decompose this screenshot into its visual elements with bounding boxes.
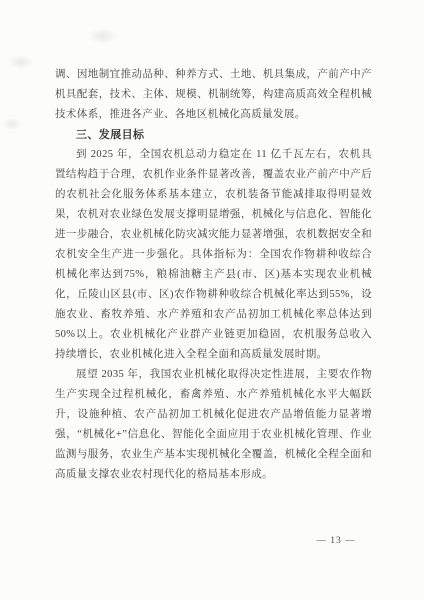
- text-line: 置结构趋于合理，农机作业条件显著改善，覆盖农业产前产中产后: [55, 165, 372, 185]
- section-heading: 三、发展目标: [55, 125, 372, 145]
- page-number: — 13 —: [310, 536, 362, 546]
- text-line: 展望 2035 年，我国农业机械化取得决定性进展，主要农作物: [55, 365, 372, 385]
- text-line: 技术体系，推进各产业、各地区机械化高质量发展。: [55, 105, 372, 125]
- scan-smudge: [8, 55, 34, 69]
- text-line: 50%以上。农业机械化产业群产业链更加稳固，农机服务总收入: [55, 325, 372, 345]
- text-line: 的农机社会化服务体系基本建立，农机装备节能减排取得明显效: [55, 185, 372, 205]
- text-line: 升，设施种植、农产品初加工机械化促进农产品增值能力显著增: [55, 405, 372, 425]
- text-line: 农机安全生产进一步强化。具体指标为：全国农作物耕种收综合: [55, 245, 372, 265]
- text-line: 调、因地制宜推动品种、种养方式、土地、机具集成，产前产中产后: [55, 65, 372, 85]
- text-line: 施农业、畜牧养殖、水产养殖和农产品初加工机械化率总体达到: [55, 305, 372, 325]
- scan-smudge: [88, 28, 118, 44]
- text-line: 强，“机械化+”信息化、智能化全面应用于农业机械化管理、作业: [55, 425, 372, 445]
- text-line: 化，丘陵山区县(市、区)农作物耕种收综合机械化率达到55%，设: [55, 285, 372, 305]
- text-line: 生产实现全过程机械化，畜禽养殖、水产养殖机械化水平大幅跃: [55, 385, 372, 405]
- text-line: 到 2025 年，全国农机总动力稳定在 11 亿千瓦左右，农机具配: [55, 145, 372, 165]
- text-line: 高质量支撑农业农村现代化的格局基本形成。: [55, 465, 372, 485]
- text-line: 机械化率达到75%，粮棉油糖主产县(市、区)基本实现农业机械: [55, 265, 372, 285]
- document-page: 调、因地制宜推动品种、种养方式、土地、机具集成，产前产中产后机具配套，技术、主体…: [0, 0, 424, 600]
- text-line: 持续增长，农业机械化进入全程全面和高质量发展时期。: [55, 345, 372, 365]
- text-line: 机具配套，技术、主体、规模、机制统筹，构建高质高效全程机械化: [55, 85, 372, 105]
- document-body: 调、因地制宜推动品种、种养方式、土地、机具集成，产前产中产后机具配套，技术、主体…: [55, 65, 372, 485]
- scan-smudge: [2, 118, 22, 130]
- text-line: 监测与服务，农业生产基本实现机械化全覆盖，机械化全程全面和: [55, 445, 372, 465]
- text-line: 果，农机对农业绿色发展支撑明显增强，机械化与信息化、智能化: [55, 205, 372, 225]
- text-line: 进一步融合，农业机械化防灾减灾能力显著增强，农机数据安全和: [55, 225, 372, 245]
